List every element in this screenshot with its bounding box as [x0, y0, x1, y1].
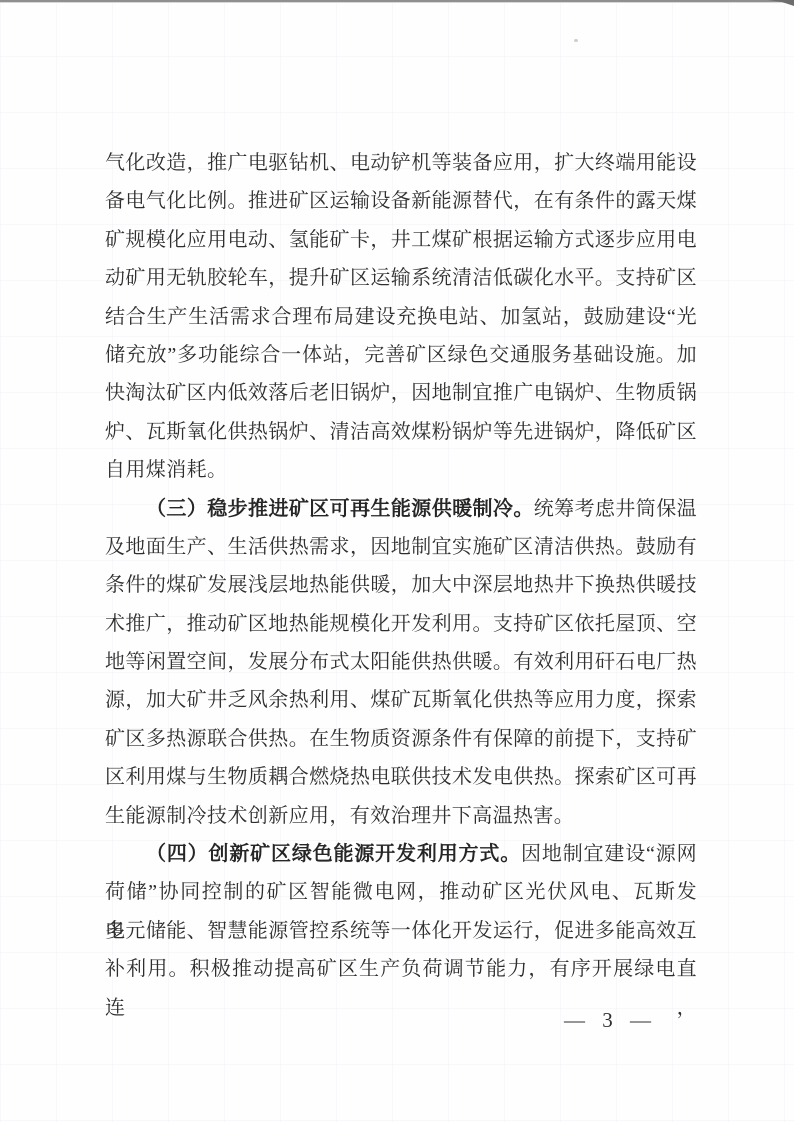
text-line: 条件的煤矿发展浅层地热能供暖，加大中深层地热井下换热供暖技	[105, 566, 697, 604]
text-line: 快淘汰矿区内低效落后老旧锅炉，因地制宜推广电锅炉、生物质锅	[105, 374, 697, 412]
paragraph-text: 矿规模化应用电动、氢能矿卡，井工煤矿根据运输方式逐步应用电	[105, 229, 697, 251]
paragraph-heading-text: （四）创新矿区绿色能源开发利用方式。	[146, 843, 521, 865]
paragraph-text: 及地面生产、生活供热需求，因地制宜实施矿区清洁供热。鼓励有	[105, 536, 697, 558]
paragraph-text: 储充放”多功能综合一体站，完善矿区绿色交通服务基础设施。加	[105, 344, 697, 366]
paragraph-text: 因地制宜建设“源网	[521, 843, 697, 865]
scan-speck	[574, 39, 578, 42]
text-line: 结合生产生活需求合理布局建设充换电站、加氢站，鼓励建设“光	[105, 298, 697, 336]
text-line: 气化改造，推广电驱钻机、电动铲机等装备应用，扩大终端用能设	[105, 144, 697, 182]
text-line: （三）稳步推进矿区可再生能源供暖制冷。统筹考虑井筒保温	[105, 490, 697, 528]
text-line: 区利用煤与生物质耦合燃烧热电联供技术发电供热。探索矿区可再	[105, 758, 697, 796]
paragraph-text: 统筹考虑井筒保温	[534, 498, 697, 520]
scan-edge-line	[0, 0, 794, 3]
text-line: 源，加大矿井乏风余热利用、煤矿瓦斯氧化供热等应用力度，探索	[105, 681, 697, 719]
paragraph-text: 矿区多热源联合供热。在生物质资源条件有保障的前提下，支持矿	[105, 728, 697, 750]
text-line: 矿规模化应用电动、氢能矿卡，井工煤矿根据运输方式逐步应用电	[105, 221, 697, 259]
text-line: 补利用。积极推动提高矿区生产负荷调节能力，有序开展绿电直连，	[105, 950, 697, 988]
text-line: 备电气化比例。推进矿区运输设备新能源替代，在有条件的露天煤	[105, 182, 697, 220]
paragraph-text: 条件的煤矿发展浅层地热能供暖，加大中深层地热井下换热供暖技	[105, 574, 697, 596]
text-line: 地等闲置空间，发展分布式太阳能供热供暖。有效利用矸石电厂热	[105, 643, 697, 681]
document-page: 气化改造，推广电驱钻机、电动铲机等装备应用，扩大终端用能设备电气化比例。推进矿区…	[0, 0, 794, 1122]
paragraph-text: 快淘汰矿区内低效落后老旧锅炉，因地制宜推广电锅炉、生物质锅	[105, 382, 697, 404]
paragraph-text: 术推广，推动矿区地热能规模化开发利用。支持矿区依托屋顶、空	[105, 613, 697, 635]
document-body: 气化改造，推广电驱钻机、电动铲机等装备应用，扩大终端用能设备电气化比例。推进矿区…	[105, 144, 697, 989]
paragraph-text: 气化改造，推广电驱钻机、电动铲机等装备应用，扩大终端用能设	[105, 152, 697, 174]
paragraph-heading-text: （三）稳步推进矿区可再生能源供暖制冷。	[146, 498, 534, 520]
paragraph-text: 备电气化比例。推进矿区运输设备新能源替代，在有条件的露天煤	[105, 190, 697, 212]
text-line: 生能源制冷技术创新应用，有效治理井下高温热害。	[105, 797, 697, 835]
paragraph-text: 源，加大矿井乏风余热利用、煤矿瓦斯氧化供热等应用力度，探索	[105, 689, 697, 711]
page-number: — 3 —	[105, 1005, 697, 1035]
paragraph-text: 动矿用无轨胶轮车，提升矿区运输系统清洁低碳化水平。支持矿区	[105, 267, 697, 289]
text-line: 术推广，推动矿区地热能规模化开发利用。支持矿区依托屋顶、空	[105, 605, 697, 643]
text-line: 荷储”协同控制的矿区智能微电网，推动矿区光伏风电、瓦斯发电、	[105, 873, 697, 911]
text-line: 炉、瓦斯氧化供热锅炉、清洁高效煤粉锅炉等先进锅炉，降低矿区	[105, 413, 697, 451]
paragraph-text: 区利用煤与生物质耦合燃烧热电联供技术发电供热。探索矿区可再	[105, 766, 697, 788]
paragraph-text: 多元储能、智慧能源管控系统等一体化开发运行，促进多能高效互	[105, 920, 697, 942]
paragraph-text: 自用煤消耗。	[105, 459, 227, 481]
paragraph-text: 地等闲置空间，发展分布式太阳能供热供暖。有效利用矸石电厂热	[105, 651, 697, 673]
text-line: 及地面生产、生活供热需求，因地制宜实施矿区清洁供热。鼓励有	[105, 528, 697, 566]
text-line: 多元储能、智慧能源管控系统等一体化开发运行，促进多能高效互	[105, 912, 697, 950]
text-line: 动矿用无轨胶轮车，提升矿区运输系统清洁低碳化水平。支持矿区	[105, 259, 697, 297]
paragraph-text: 炉、瓦斯氧化供热锅炉、清洁高效煤粉锅炉等先进锅炉，降低矿区	[105, 421, 697, 443]
text-line: 自用煤消耗。	[105, 451, 697, 489]
text-line: 矿区多热源联合供热。在生物质资源条件有保障的前提下，支持矿	[105, 720, 697, 758]
text-line: 储充放”多功能综合一体站，完善矿区绿色交通服务基础设施。加	[105, 336, 697, 374]
text-line: （四）创新矿区绿色能源开发利用方式。因地制宜建设“源网	[105, 835, 697, 873]
paragraph-text: 生能源制冷技术创新应用，有效治理井下高温热害。	[105, 805, 574, 827]
paragraph-text: 结合生产生活需求合理布局建设充换电站、加氢站，鼓励建设“光	[105, 306, 697, 328]
